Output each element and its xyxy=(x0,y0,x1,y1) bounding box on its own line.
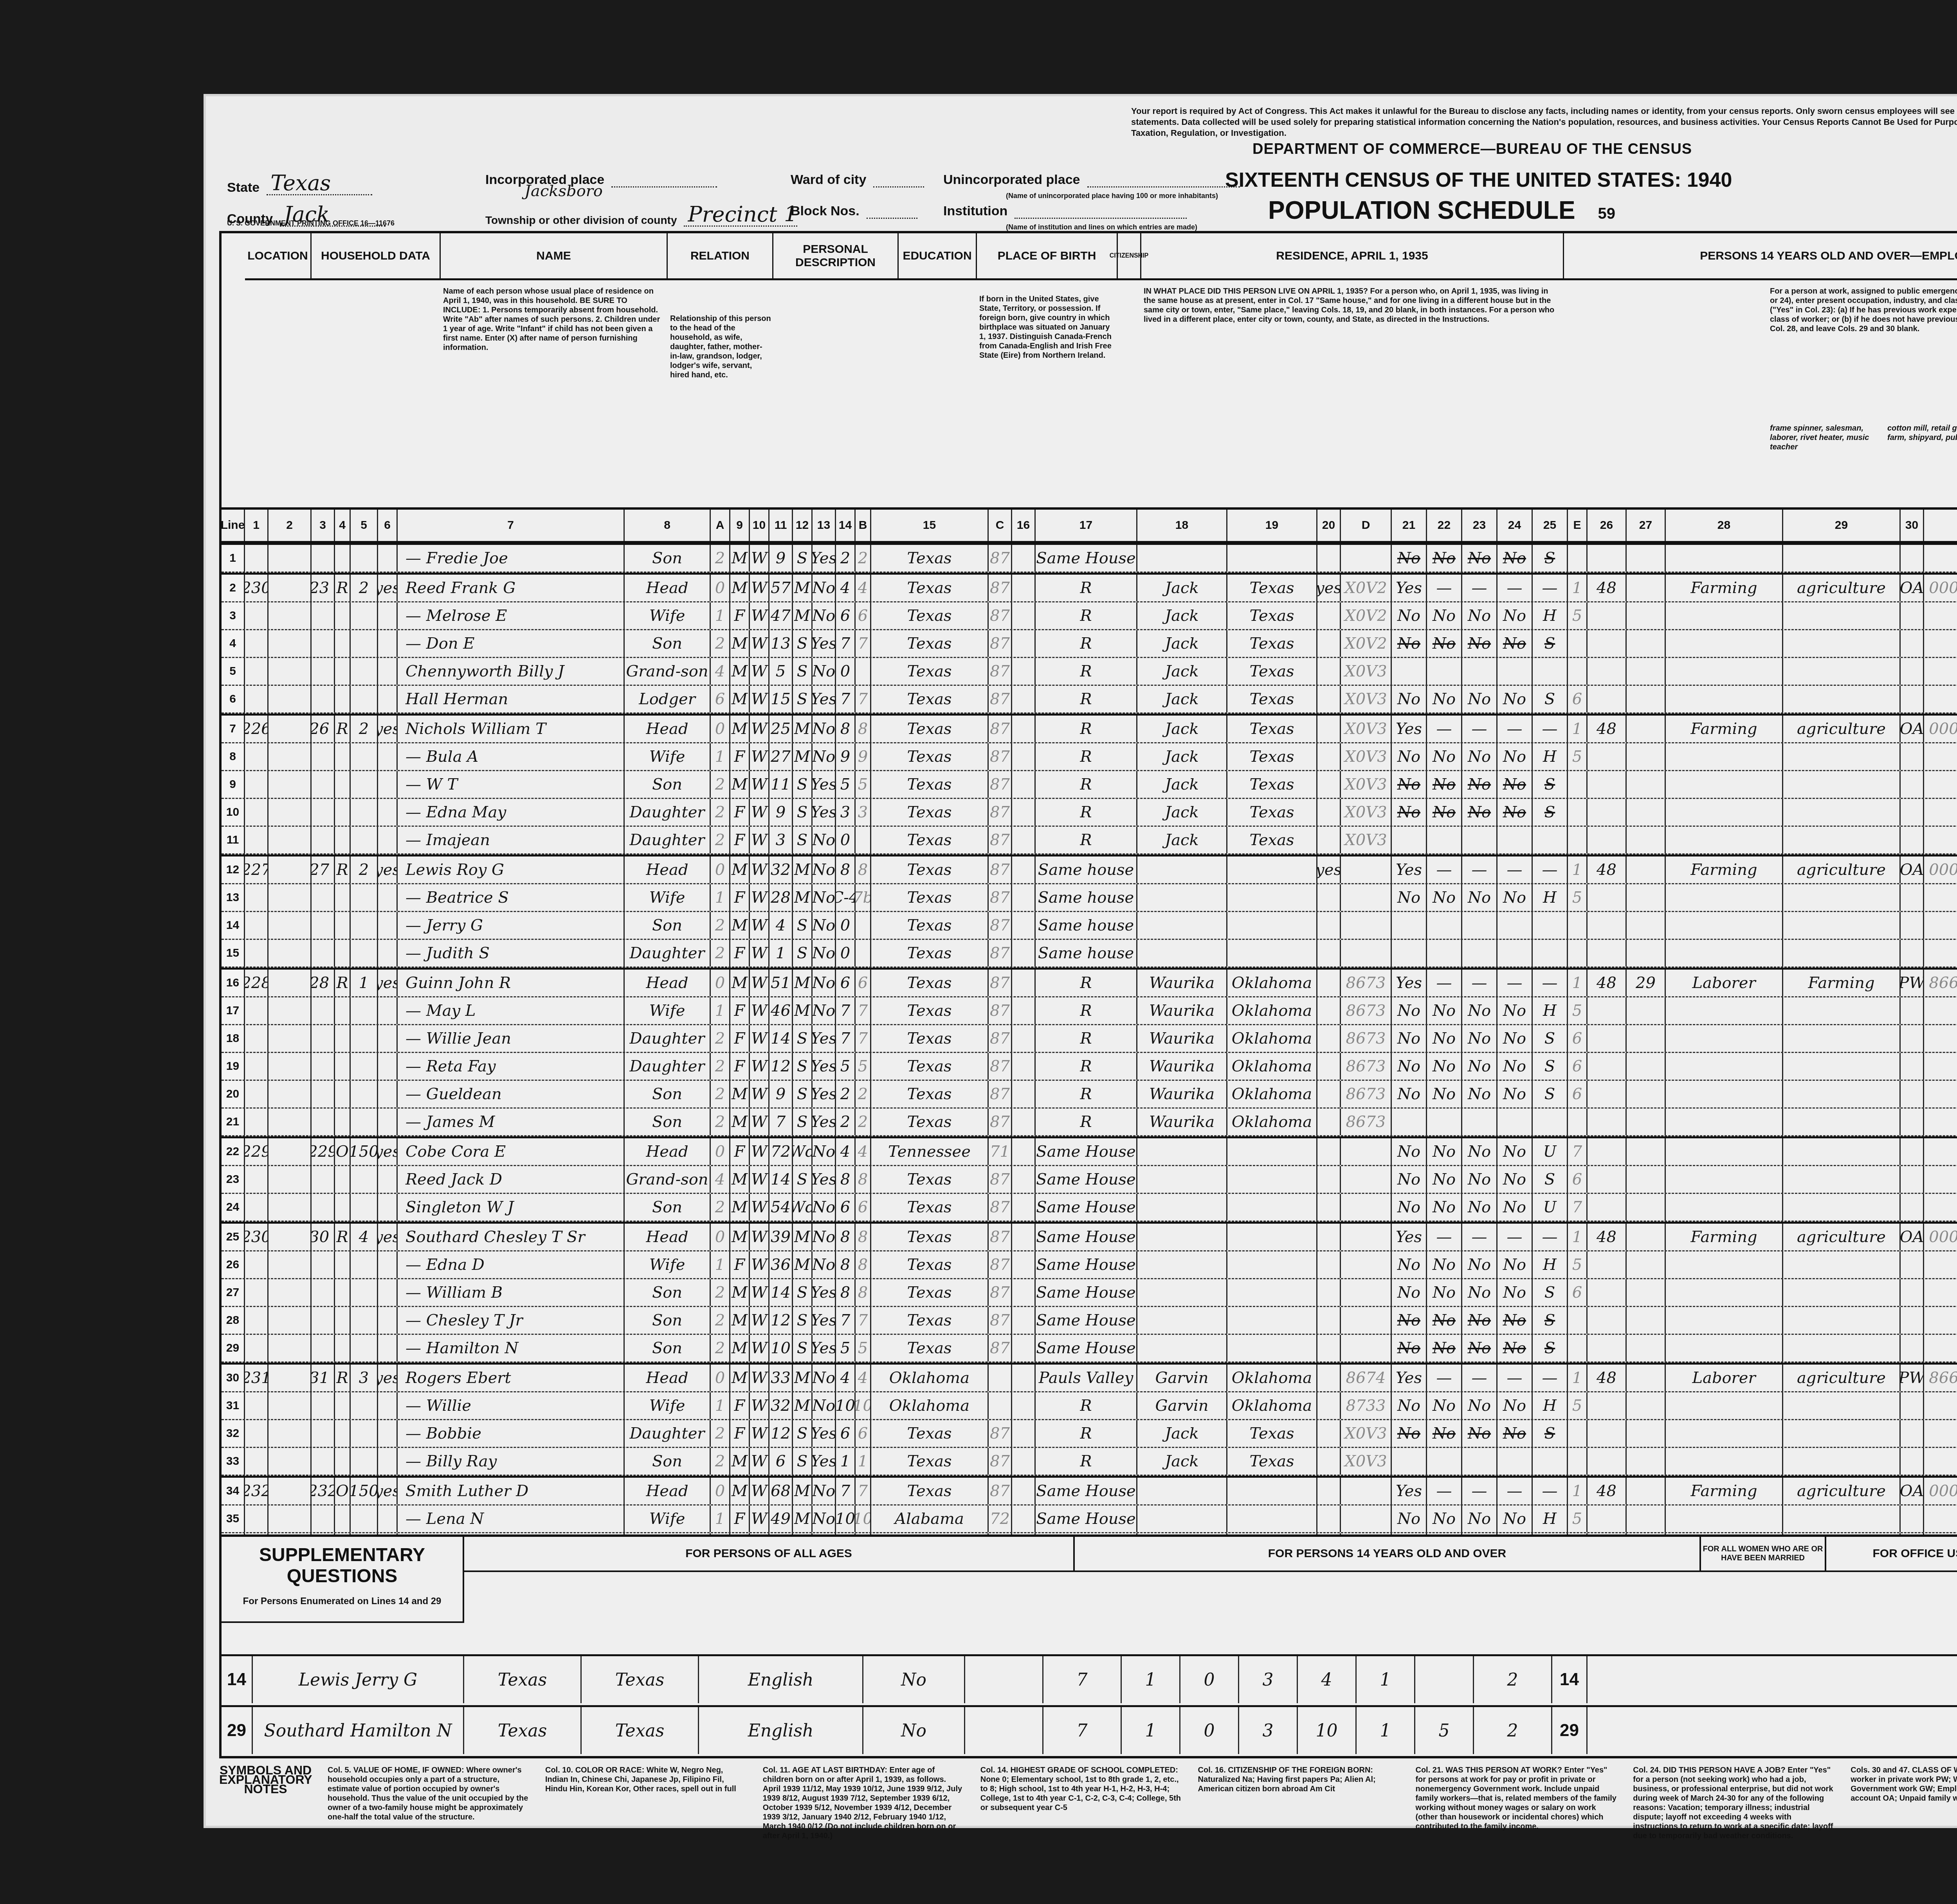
ward-value xyxy=(873,186,924,188)
cell-b: 7b xyxy=(856,884,871,911)
cell-res-state xyxy=(1227,1224,1317,1250)
cell-house xyxy=(269,1251,312,1278)
cell-b: 6 xyxy=(856,1420,871,1447)
cell-farm xyxy=(378,940,398,966)
cell-value xyxy=(351,602,378,629)
cell-farm35 xyxy=(1317,1251,1341,1278)
cell-farm xyxy=(378,743,398,770)
cell-farm35 xyxy=(1317,1392,1341,1419)
cell-w21: No xyxy=(1392,1053,1427,1080)
cell-value xyxy=(351,1025,378,1052)
line-number: 12 xyxy=(222,856,245,883)
cell-res-city: R xyxy=(1036,1392,1137,1419)
cell-farm35: yes xyxy=(1317,856,1341,883)
unincorporated-field: Unincorporated place xyxy=(943,172,1240,188)
cell-w25: S xyxy=(1533,1307,1568,1334)
cell-visit xyxy=(312,884,335,911)
cell-age: 27 xyxy=(769,743,793,770)
cell-b xyxy=(856,912,871,939)
cell-cls xyxy=(1901,1194,1924,1221)
column-number: Line xyxy=(222,510,245,541)
cell-value xyxy=(351,1335,378,1361)
cell-cit xyxy=(1012,1224,1036,1250)
cell-b: 4 xyxy=(856,1138,871,1165)
cell-f: 866 VV1 xyxy=(1924,970,1957,996)
cell-farm: yes xyxy=(378,970,398,996)
cell-res-city: R xyxy=(1036,686,1137,712)
cell-cls xyxy=(1901,799,1924,826)
cell-street: 231 xyxy=(245,1365,269,1391)
cell-street: 229 xyxy=(245,1138,269,1165)
cell-b: 7 xyxy=(856,1478,871,1504)
cell-rel: Son xyxy=(625,1279,711,1306)
cell-a: 1 xyxy=(711,743,730,770)
cell-rel: Grand-son xyxy=(625,1166,711,1193)
cell-w21: Yes xyxy=(1392,1365,1427,1391)
column-number: 7 xyxy=(398,510,625,541)
cell-cls xyxy=(1901,1251,1924,1278)
cell-c: 87 xyxy=(989,884,1012,911)
cell-grade: 8 xyxy=(836,1279,856,1306)
cell-c: 87 xyxy=(989,1478,1012,1504)
cell-sex: F xyxy=(730,997,750,1024)
cell-grade: 8 xyxy=(836,1224,856,1250)
cell-visit xyxy=(312,799,335,826)
cell-c: 87 xyxy=(989,630,1012,657)
explanatory-notes: SYMBOLS AND EXPLANATORY NOTES Col. 5. VA… xyxy=(219,1765,1957,1820)
cell-w25: S xyxy=(1533,1335,1568,1361)
cell-f: 000 VV4 xyxy=(1924,575,1957,601)
cell-street xyxy=(245,743,269,770)
cell-street xyxy=(245,912,269,939)
cell-ind xyxy=(1783,602,1901,629)
cell-hrs xyxy=(1588,658,1627,685)
cell-school: Yes xyxy=(813,1109,836,1135)
cell-sex: F xyxy=(730,940,750,966)
cell-w25: — xyxy=(1533,856,1568,883)
cell-hrs xyxy=(1588,912,1627,939)
cell-birth: Alabama xyxy=(871,1506,989,1532)
cell-age: 33 xyxy=(769,1365,793,1391)
cell-w21: No xyxy=(1392,1081,1427,1107)
cell-farm xyxy=(378,545,398,572)
cell-res-city: Same house xyxy=(1036,856,1137,883)
cell-res-county: Waurika xyxy=(1137,997,1227,1024)
cell-res-state xyxy=(1227,940,1317,966)
table-row: 10— Edna MayDaughter2FW9SYes33Texas87RJa… xyxy=(222,799,1957,827)
cell-farm35 xyxy=(1317,940,1341,966)
cell-grade: 2 xyxy=(836,1081,856,1107)
cell-sex: M xyxy=(730,1307,750,1334)
column-number: 23 xyxy=(1462,510,1497,541)
table-row: 6Hall HermanLodger6MW15SYes77Texas87RJac… xyxy=(222,686,1957,714)
cell-name: — Jerry G xyxy=(398,912,625,939)
cell-w24: No xyxy=(1497,1251,1533,1278)
cell-cls: PW xyxy=(1901,970,1924,996)
cell-a: 0 xyxy=(711,1365,730,1391)
cell-dur xyxy=(1627,1279,1666,1306)
section-education: EDUCATION xyxy=(899,233,977,280)
cell-res-state xyxy=(1227,884,1317,911)
cell-w24: No xyxy=(1497,1307,1533,1334)
cell-occ xyxy=(1666,1448,1783,1475)
cell-w22: No xyxy=(1427,545,1462,572)
cell-own: R xyxy=(335,970,351,996)
cell-name: — Edna D xyxy=(398,1251,625,1278)
column-number: 14 xyxy=(836,510,856,541)
cell-w24 xyxy=(1497,658,1533,685)
cell-w24: No xyxy=(1497,1335,1533,1361)
cell-visit: 229 xyxy=(312,1138,335,1165)
cell-w21: No xyxy=(1392,1138,1427,1165)
cell-sex: M xyxy=(730,1478,750,1504)
cell-grade: 8 xyxy=(836,716,856,742)
cell-w24: — xyxy=(1497,716,1533,742)
cell-house xyxy=(269,827,312,853)
cell-birth: Texas xyxy=(871,1224,989,1250)
cell-birth: Texas xyxy=(871,940,989,966)
cell-d: X0V3 xyxy=(1341,799,1392,826)
cell-race: W xyxy=(750,1420,769,1447)
cell-ind xyxy=(1783,912,1901,939)
cell-d: X0V2 xyxy=(1341,575,1392,601)
cell-sex: M xyxy=(730,1166,750,1193)
cell-own: R xyxy=(335,575,351,601)
cell-w24: No xyxy=(1497,1025,1533,1052)
cell-visit xyxy=(312,1392,335,1419)
line-number: 19 xyxy=(222,1053,245,1080)
cell-cls: OA xyxy=(1901,856,1924,883)
cell-w22: No xyxy=(1427,1307,1462,1334)
cell-w24: No xyxy=(1497,1053,1533,1080)
cell-w24: — xyxy=(1497,575,1533,601)
cell-street xyxy=(245,1279,269,1306)
cell-value: 150 xyxy=(351,1138,378,1165)
cell-occ xyxy=(1666,1081,1783,1107)
column-number: 28 xyxy=(1666,510,1783,541)
cell-occ xyxy=(1666,602,1783,629)
cell-w25: S xyxy=(1533,630,1568,657)
cell-visit xyxy=(312,1251,335,1278)
cell-birth: Texas xyxy=(871,1307,989,1334)
cell-value xyxy=(351,630,378,657)
cell-ind xyxy=(1783,771,1901,798)
cell-occ xyxy=(1666,1279,1783,1306)
cell-occ xyxy=(1666,545,1783,572)
cell-a: 2 xyxy=(711,1194,730,1221)
cell-grade: 7 xyxy=(836,630,856,657)
cell-w23 xyxy=(1462,1448,1497,1475)
cell-cls xyxy=(1901,940,1924,966)
line-number: 16 xyxy=(222,970,245,996)
cell-ind: agriculture xyxy=(1783,1365,1901,1391)
cell-res-state xyxy=(1227,1279,1317,1306)
column-number: B xyxy=(856,510,871,541)
cell-grade: 10 xyxy=(836,1392,856,1419)
cell-farm: yes xyxy=(378,1224,398,1250)
cell-farm35 xyxy=(1317,1365,1341,1391)
cell-farm xyxy=(378,799,398,826)
cell-house xyxy=(269,686,312,712)
cell-e: 6 xyxy=(1568,1081,1588,1107)
cell-ind: agriculture xyxy=(1783,856,1901,883)
cell-cls xyxy=(1901,827,1924,853)
cell-res-city: R xyxy=(1036,1025,1137,1052)
cell-farm35 xyxy=(1317,716,1341,742)
cell-a: 2 xyxy=(711,630,730,657)
cell-race: W xyxy=(750,940,769,966)
cell-rel: Son xyxy=(625,1448,711,1475)
cell-w21: No xyxy=(1392,1279,1427,1306)
cell-farm xyxy=(378,1194,398,1221)
cell-w22: No xyxy=(1427,1081,1462,1107)
supp-class-code: 7 xyxy=(1043,1707,1122,1754)
note-color-race: Col. 10. COLOR OR RACE: White W, Negro N… xyxy=(545,1765,747,1820)
supp-ss xyxy=(965,1707,1043,1754)
cell-race: W xyxy=(750,602,769,629)
cell-d: X0V2 xyxy=(1341,602,1392,629)
cell-res-county: Jack xyxy=(1137,686,1227,712)
table-row: 22229229O150yesCobe Cora EHead0FW72WdNo4… xyxy=(222,1136,1957,1166)
cell-farm35 xyxy=(1317,997,1341,1024)
cell-f xyxy=(1924,1506,1957,1532)
cell-age: 39 xyxy=(769,1224,793,1250)
cell-school: Yes xyxy=(813,686,836,712)
cell-w23: — xyxy=(1462,1478,1497,1504)
cell-b: 7 xyxy=(856,1307,871,1334)
cell-birth: Oklahoma xyxy=(871,1365,989,1391)
institution-note: (Name of institution and lines on which … xyxy=(1006,223,1197,231)
cell-res-county: Jack xyxy=(1137,1420,1227,1447)
cell-w25: — xyxy=(1533,1365,1568,1391)
table-row: 26— Edna DWife1FW36MNo88Texas87Same Hous… xyxy=(222,1251,1957,1279)
cell-mar: Wd xyxy=(793,1194,813,1221)
table-row: 13— Beatrice SWife1FW28MNoC-47bTexas87Sa… xyxy=(222,884,1957,912)
table-row: 19— Reta FayDaughter2FW12SYes55Texas87RW… xyxy=(222,1053,1957,1081)
cell-farm xyxy=(378,771,398,798)
cell-age: 68 xyxy=(769,1478,793,1504)
cell-occ xyxy=(1666,1109,1783,1135)
cell-rel: Lodger xyxy=(625,686,711,712)
cell-f xyxy=(1924,1420,1957,1447)
cell-age: 9 xyxy=(769,545,793,572)
supp-q: 5 xyxy=(1415,1707,1474,1754)
cell-w25: H xyxy=(1533,997,1568,1024)
cell-rel: Wife xyxy=(625,997,711,1024)
cell-age: 14 xyxy=(769,1166,793,1193)
cell-grade: 10 xyxy=(836,1506,856,1532)
cell-mar: M xyxy=(793,1506,813,1532)
cell-ind xyxy=(1783,1448,1901,1475)
cell-race: W xyxy=(750,856,769,883)
cell-street xyxy=(245,1335,269,1361)
cell-cls xyxy=(1901,997,1924,1024)
cell-res-county xyxy=(1137,1279,1227,1306)
cell-res-county: Waurika xyxy=(1137,970,1227,996)
column-number: F xyxy=(1924,510,1957,541)
cell-w25: S xyxy=(1533,545,1568,572)
cell-street xyxy=(245,1194,269,1221)
cell-name: — Don E xyxy=(398,630,625,657)
section-personal: PERSONAL DESCRIPTION xyxy=(773,233,899,280)
cell-e xyxy=(1568,1307,1588,1334)
line-number: 30 xyxy=(222,1365,245,1391)
table-row: 18— Willie JeanDaughter2FW14SYes77Texas8… xyxy=(222,1025,1957,1053)
cell-b: 2 xyxy=(856,1081,871,1107)
cell-rel: Son xyxy=(625,630,711,657)
cell-house xyxy=(269,1448,312,1475)
table-row: 7226226 RR2yesNichols William THead0MW25… xyxy=(222,714,1957,743)
cell-w25: S xyxy=(1533,799,1568,826)
cell-cls xyxy=(1901,912,1924,939)
cell-res-state xyxy=(1227,1506,1317,1532)
cell-farm35 xyxy=(1317,799,1341,826)
cell-race: W xyxy=(750,1279,769,1306)
cell-w23: — xyxy=(1462,1365,1497,1391)
note-citizenship: Col. 16. CITIZENSHIP OF THE FOREIGN BORN… xyxy=(1198,1765,1400,1820)
cell-w25: — xyxy=(1533,716,1568,742)
cell-res-state: Texas xyxy=(1227,686,1317,712)
cell-res-state xyxy=(1227,1166,1317,1193)
cell-value: 2 xyxy=(351,856,378,883)
cell-w24: No xyxy=(1497,602,1533,629)
cell-a: 2 xyxy=(711,1420,730,1447)
cell-res-city: R xyxy=(1036,743,1137,770)
column-number: A xyxy=(711,510,730,541)
column-header-block: LOCATION HOUSEHOLD DATA NAME RELATION PE… xyxy=(222,233,1957,510)
cell-farm35: yes xyxy=(1317,575,1341,601)
cell-w22 xyxy=(1427,912,1462,939)
cell-d: X0V3 xyxy=(1341,658,1392,685)
cell-house xyxy=(269,1053,312,1080)
cell-f xyxy=(1924,884,1957,911)
person-rows: 1— Fredie JoeSon2MW9SYes22Texas87Same Ho… xyxy=(222,545,1957,1674)
cell-f xyxy=(1924,1448,1957,1475)
cell-visit xyxy=(312,1279,335,1306)
cell-house xyxy=(269,1392,312,1419)
supp-lang: English xyxy=(699,1707,863,1754)
cell-hrs xyxy=(1588,1279,1627,1306)
cell-age: 46 xyxy=(769,997,793,1024)
cell-a: 0 xyxy=(711,1224,730,1250)
cell-value xyxy=(351,1251,378,1278)
cell-school: No xyxy=(813,827,836,853)
cell-farm35 xyxy=(1317,545,1341,572)
cell-farm xyxy=(378,1335,398,1361)
cell-farm35 xyxy=(1317,771,1341,798)
cell-w23: No xyxy=(1462,1138,1497,1165)
table-row: 24Singleton W JSon2MW54WdNo66Texas87Same… xyxy=(222,1194,1957,1222)
cell-farm35 xyxy=(1317,1478,1341,1504)
cell-birth: Texas xyxy=(871,1166,989,1193)
cell-mar: S xyxy=(793,1279,813,1306)
cell-farm35 xyxy=(1317,884,1341,911)
note-age: Col. 11. AGE AT LAST BIRTHDAY: Enter age… xyxy=(763,1765,965,1820)
cell-sex: M xyxy=(730,970,750,996)
cell-own xyxy=(335,686,351,712)
cell-w24: No xyxy=(1497,1166,1533,1193)
cell-cit xyxy=(1012,884,1036,911)
cell-w21 xyxy=(1392,827,1427,853)
cell-cls: OA xyxy=(1901,1224,1924,1250)
cell-rel: Grand-son xyxy=(625,658,711,685)
cell-e: 6 xyxy=(1568,1166,1588,1193)
cell-occ xyxy=(1666,1307,1783,1334)
cell-b: 5 xyxy=(856,1335,871,1361)
cell-cit xyxy=(1012,743,1036,770)
block-value xyxy=(867,218,917,219)
cell-farm35 xyxy=(1317,1081,1341,1107)
cell-e xyxy=(1568,912,1588,939)
cell-mar: S xyxy=(793,940,813,966)
cell-mar: M xyxy=(793,1251,813,1278)
cell-c: 87 xyxy=(989,686,1012,712)
cell-farm35 xyxy=(1317,602,1341,629)
cell-birth: Texas xyxy=(871,1053,989,1080)
cell-value: 2 xyxy=(351,575,378,601)
cell-cit xyxy=(1012,912,1036,939)
cell-c: 87 xyxy=(989,940,1012,966)
cell-own: O xyxy=(335,1138,351,1165)
cell-name: Chennyworth Billy J xyxy=(398,658,625,685)
cell-grade: 2 xyxy=(836,545,856,572)
cell-w22: No xyxy=(1427,1025,1462,1052)
cell-res-city: R xyxy=(1036,1420,1137,1447)
notes-title: SYMBOLS AND EXPLANATORY NOTES xyxy=(219,1765,312,1820)
supplementary-row: 29Southard Hamilton NTexasTexasEnglishNo… xyxy=(222,1705,1957,1754)
table-row: 9— W TSon2MW11SYes55Texas87RJackTexasX0V… xyxy=(222,771,1957,799)
cell-w22: No xyxy=(1427,1420,1462,1447)
cell-farm35 xyxy=(1317,1109,1341,1135)
cell-ind xyxy=(1783,940,1901,966)
cell-c: 87 xyxy=(989,1335,1012,1361)
cell-farm xyxy=(378,884,398,911)
cell-name: — Willie Jean xyxy=(398,1025,625,1052)
cell-b: 10 xyxy=(856,1392,871,1419)
cell-d xyxy=(1341,884,1392,911)
cell-own: O xyxy=(335,1478,351,1504)
cell-d xyxy=(1341,1224,1392,1250)
cell-cit xyxy=(1012,1448,1036,1475)
cell-name: — May L xyxy=(398,997,625,1024)
cell-name: Guinn John R xyxy=(398,970,625,996)
cell-f xyxy=(1924,743,1957,770)
cell-cit xyxy=(1012,970,1036,996)
cell-d: 8673 xyxy=(1341,1025,1392,1052)
cell-rel: Head xyxy=(625,1478,711,1504)
cell-rel: Wife xyxy=(625,884,711,911)
cell-w22: No xyxy=(1427,1138,1462,1165)
cell-dur xyxy=(1627,1025,1666,1052)
cell-e xyxy=(1568,827,1588,853)
cell-f xyxy=(1924,1025,1957,1052)
cell-visit xyxy=(312,771,335,798)
cell-occ: Farming xyxy=(1666,575,1783,601)
cell-farm35 xyxy=(1317,743,1341,770)
supp-y: 2 xyxy=(1474,1707,1552,1754)
cell-race: W xyxy=(750,1053,769,1080)
cell-hrs xyxy=(1588,1138,1627,1165)
cell-occ xyxy=(1666,1166,1783,1193)
line-number: 31 xyxy=(222,1392,245,1419)
cell-sex: F xyxy=(730,1025,750,1052)
cell-res-city: Same House xyxy=(1036,1194,1137,1221)
cell-res-county: Jack xyxy=(1137,1448,1227,1475)
cell-w21: No xyxy=(1392,884,1427,911)
cell-f: 000 VV4 xyxy=(1924,856,1957,883)
table-row: 12227227 RR2yesLewis Roy GHead0MW32MNo88… xyxy=(222,855,1957,884)
cell-w24: No xyxy=(1497,1279,1533,1306)
